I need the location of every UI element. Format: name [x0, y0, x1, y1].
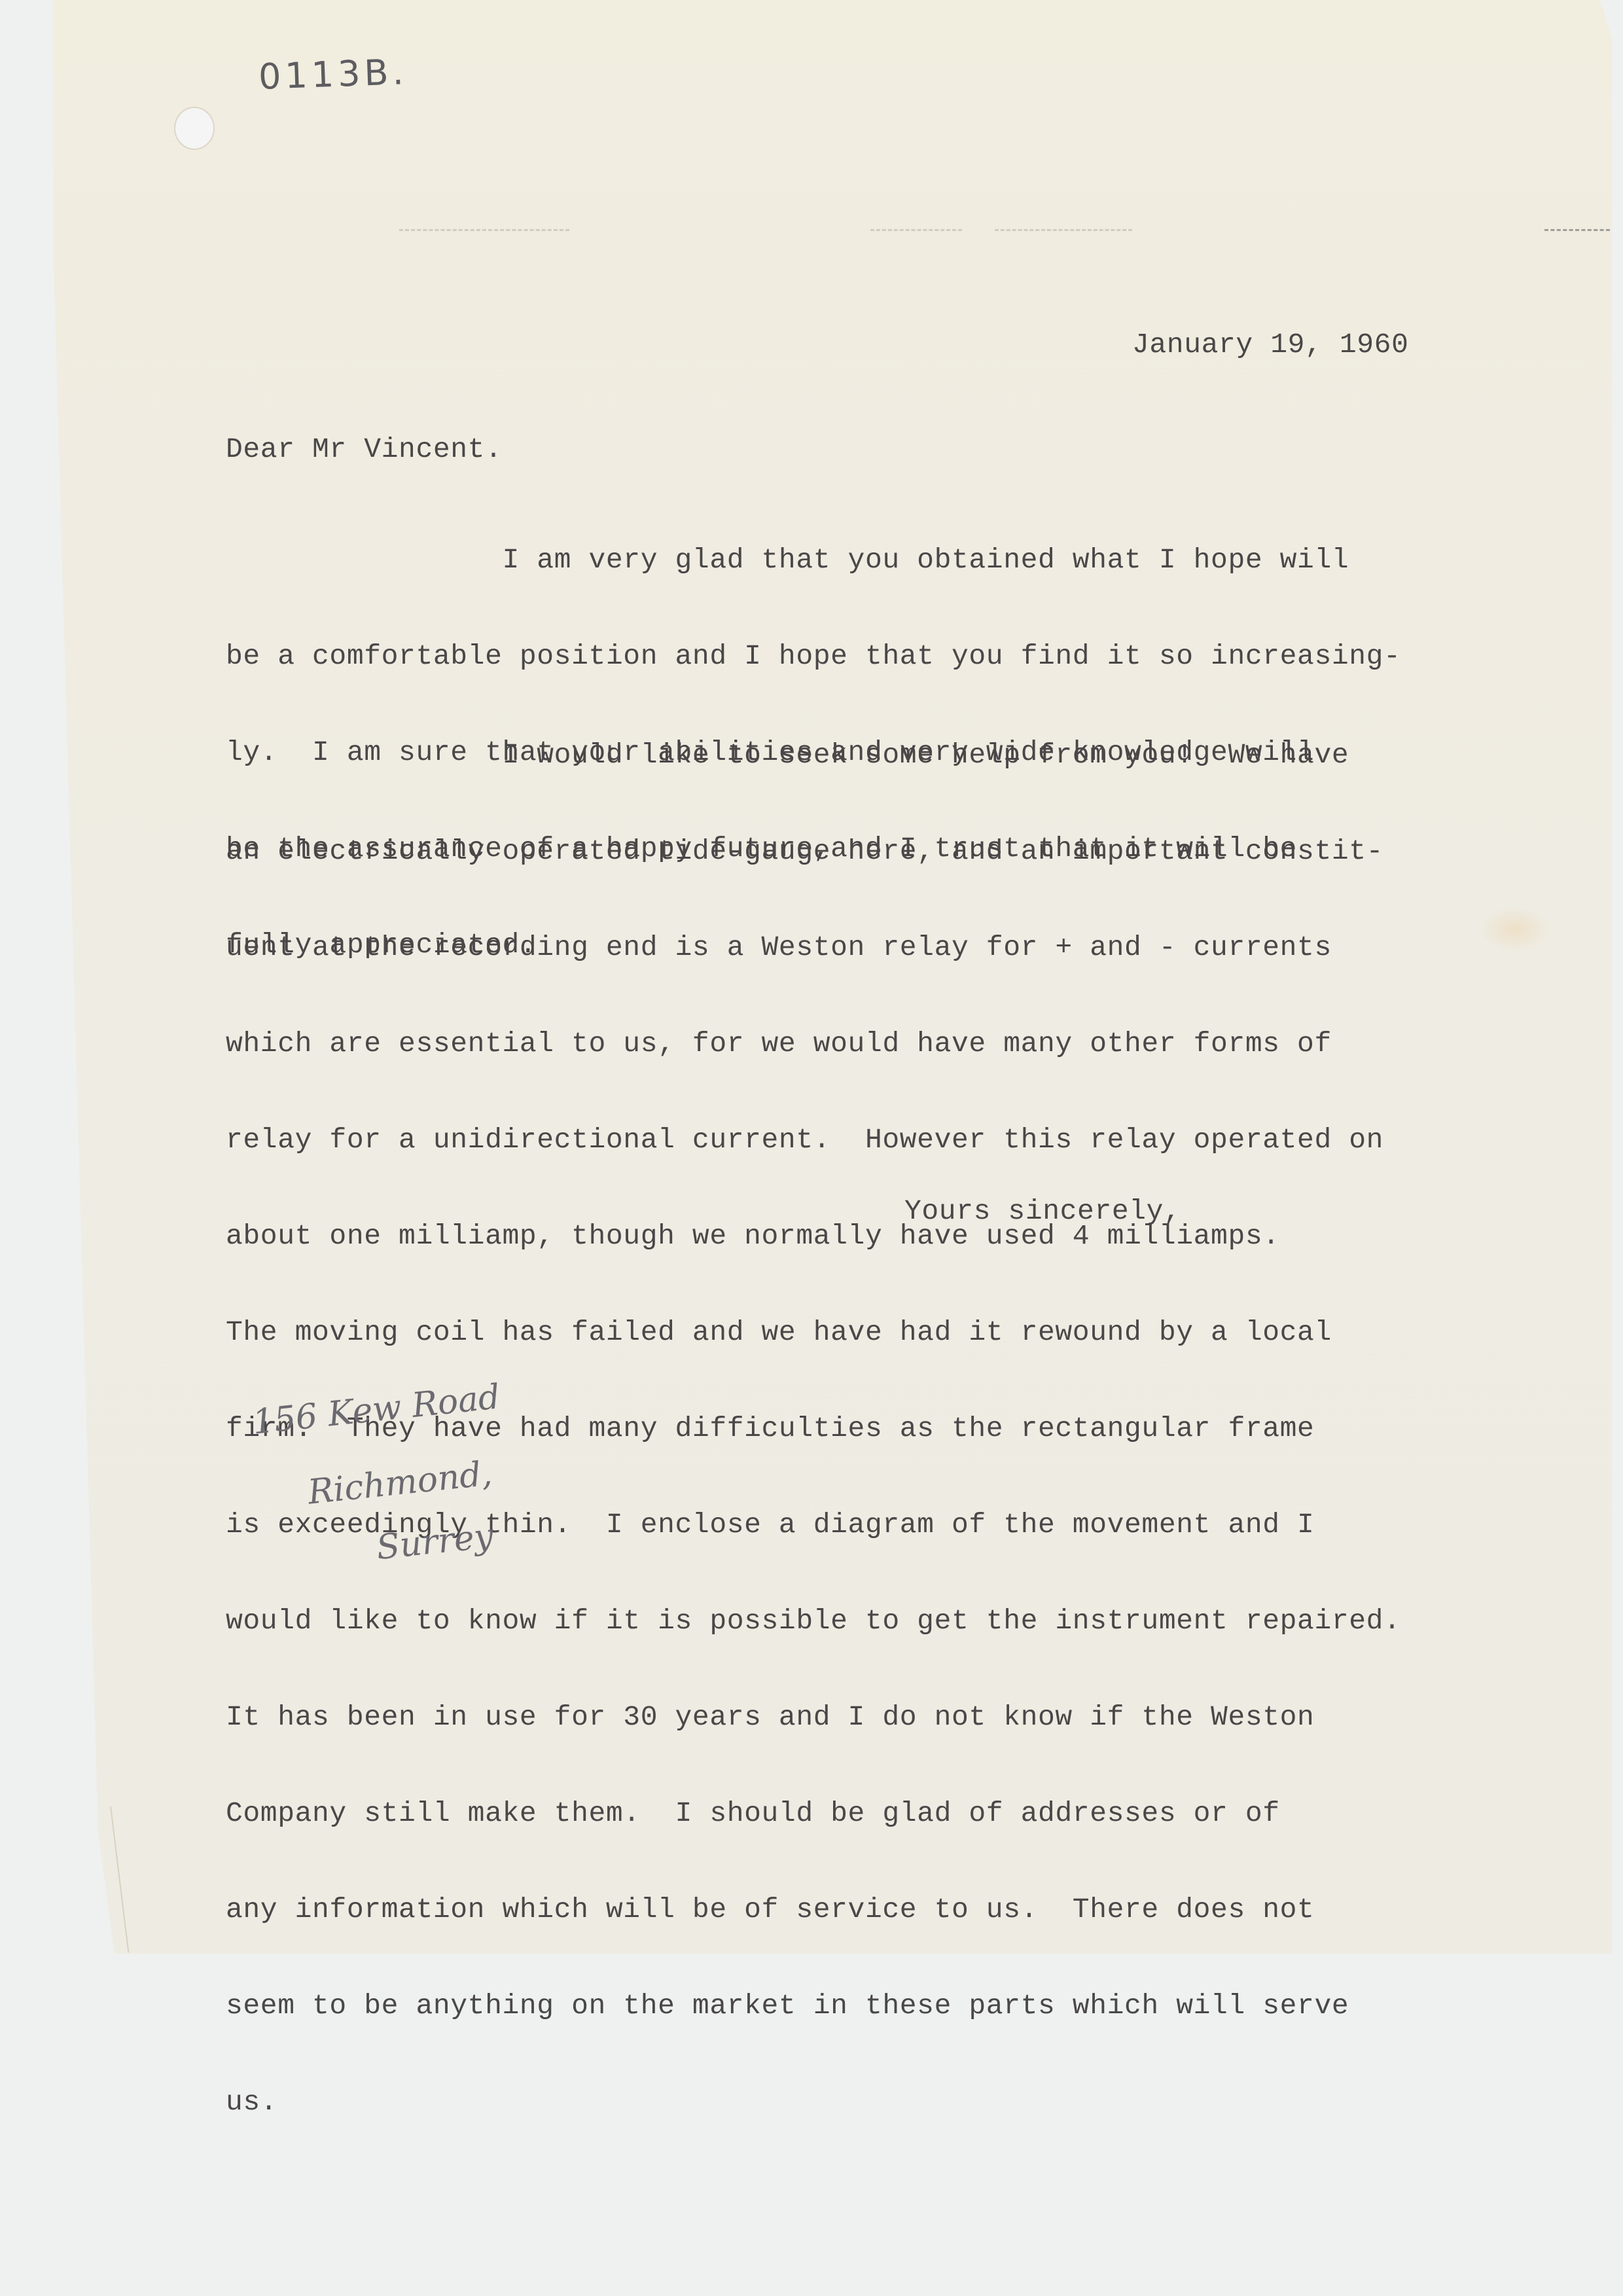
paragraph-line: Company still make them. I should be gla… [226, 1797, 1401, 1829]
paragraph-line: relay for a unidirectional current. Howe… [226, 1124, 1401, 1156]
letter-salutation: Dear Mr Vincent. [226, 433, 502, 465]
paragraph-line: The moving coil has failed and we have h… [226, 1316, 1401, 1348]
paragraph-line: us. [226, 2086, 1401, 2118]
letter-closing: Yours sincerely, [904, 1195, 1181, 1227]
paragraph-line: which are essential to us, for we would … [226, 1028, 1401, 1060]
paragraph-line: would like to know if it is possible to … [226, 1605, 1401, 1637]
punch-hole [175, 108, 213, 149]
paper-stain [1479, 906, 1551, 952]
archive-reference-mark: 0113B. [258, 51, 408, 98]
faint-rule-segment [399, 229, 569, 233]
paragraph-line: It has been in use for 30 years and I do… [226, 1701, 1401, 1733]
paragraph-line: uent at the recording end is a Weston re… [226, 931, 1401, 963]
paragraph-line: any information which will be of service… [226, 1893, 1401, 1926]
faint-rule-segment [1544, 229, 1610, 233]
paragraph-line: I would like to seek some help from you!… [226, 739, 1401, 771]
faint-rule-segment [870, 229, 962, 233]
letter-date: January 19, 1960 [1132, 329, 1408, 361]
faint-rule-segment [995, 229, 1132, 233]
paragraph-line: be a comfortable position and I hope tha… [226, 640, 1401, 672]
paragraph-line: seem to be anything on the market in the… [226, 1990, 1401, 2022]
paragraph-line: I am very glad that you obtained what I … [226, 544, 1401, 576]
paragraph-line: an electrically operated tide-gauge here… [226, 835, 1401, 867]
paragraph-line: about one milliamp, though we normally h… [226, 1220, 1401, 1252]
